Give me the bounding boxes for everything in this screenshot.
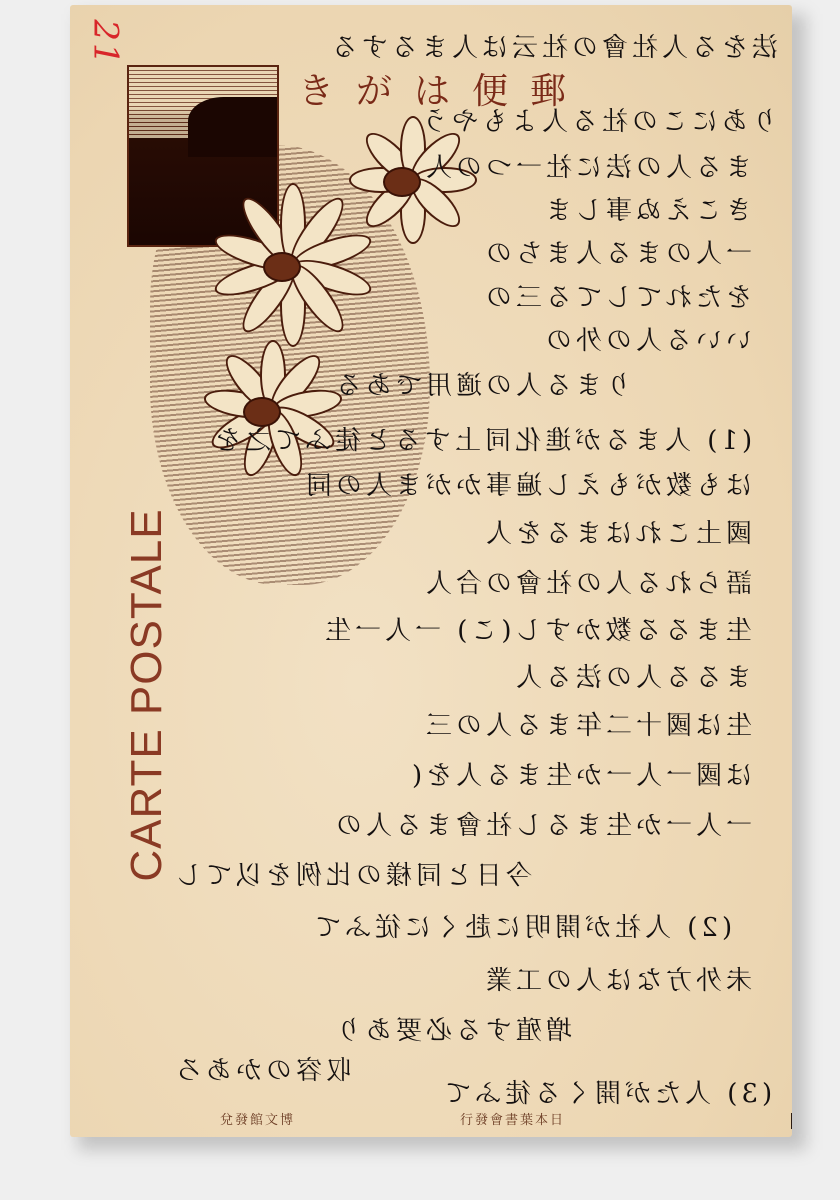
handwritten-line: 一人のまる人まちの — [482, 233, 752, 270]
flower-icon — [200, 190, 360, 340]
handwritten-line: いいる人の外の — [542, 320, 752, 357]
handwritten-line: 収容のかあろ — [172, 1050, 352, 1087]
edge-mark — [791, 1113, 792, 1129]
handwritten-line: 生は國十二年まる人の三 — [422, 705, 752, 742]
publisher-imprint: 博文館發兌 — [220, 1109, 295, 1128]
handwritten-line: をたれてしてる三の — [482, 277, 752, 314]
handwritten-line: りまる人の適用である — [332, 365, 632, 402]
carte-postale-label: CARTE POSTALE — [122, 500, 172, 890]
handwritten-line: 増殖する必要あり — [332, 1010, 572, 1047]
handwritten-line: 語られる人の社會の合人 — [422, 563, 752, 600]
handwritten-line: きこえぬ事しま — [542, 190, 752, 227]
handwritten-line: 國土これはまるを人 — [482, 513, 752, 550]
vignette-hill — [188, 97, 277, 157]
handwritten-line: りあにこの社る人よもやう — [418, 101, 778, 138]
handwritten-line: まる人の法に社一つの人 — [422, 147, 752, 184]
handwritten-line: 一人一か生まるし社會まる人の — [332, 805, 752, 842]
issuer-imprint: 日本葉書會發行 — [460, 1109, 565, 1128]
handwritten-line: 今日と同様の比例を以てし — [172, 855, 532, 892]
handwritten-line: まるる人の法る人 — [512, 657, 752, 694]
red-annotation-number: 21 — [86, 19, 126, 66]
handwritten-line: 生まるる数かすし(こ) 一人一生 — [321, 610, 752, 647]
postcard: 21 郵 — [70, 5, 792, 1137]
handwritten-line: (3) 人たが開くる徒ふて — [441, 1073, 772, 1110]
handwritten-line: 未外方なは人の工業 — [482, 960, 752, 997]
handwritten-line: (1) 人まるが進化同上すると徒ふて之を — [211, 420, 752, 457]
handwritten-line: は國一人一か生まる人を( — [408, 755, 752, 792]
handwritten-line: はも数がもえし遍事かがま人の同 — [302, 465, 752, 502]
handwritten-line: (2) 人社が開明に赴くに従ふて — [311, 907, 732, 944]
handwritten-line: 法をる人社會の社云は人まるする — [328, 27, 778, 64]
